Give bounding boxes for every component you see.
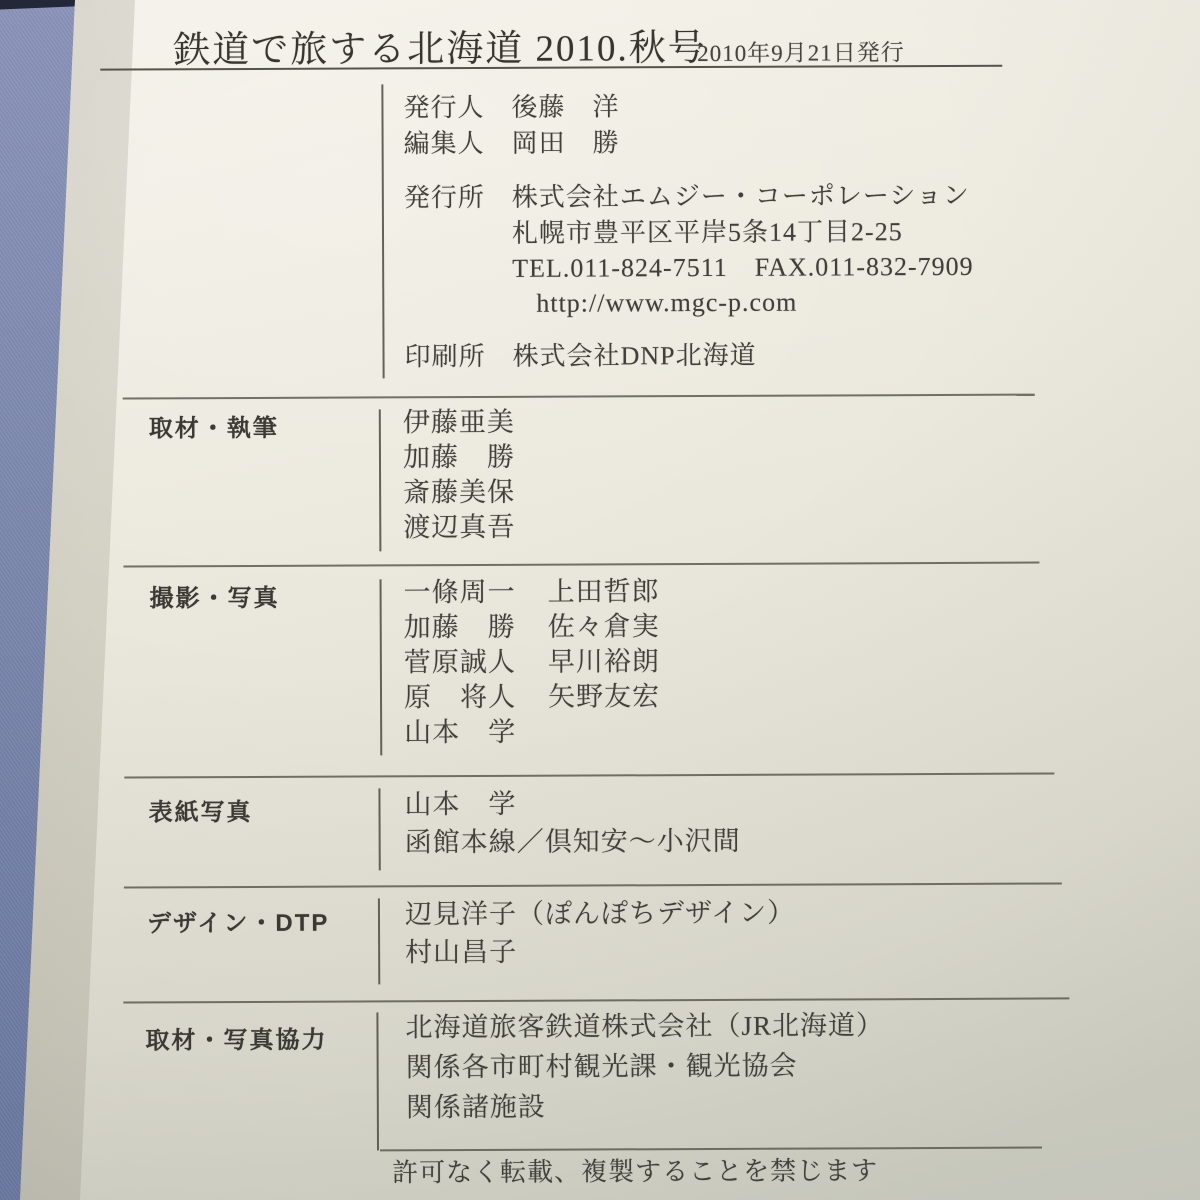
publisher-row: 発行人後藤 洋 — [403, 92, 619, 123]
company-telfax: TEL.011-824-7511 FAX.011-832-7909 — [512, 252, 974, 284]
credit-name: 早川裕朗 — [548, 646, 660, 676]
credit-name: 伊藤亜美 — [403, 407, 515, 439]
cooperation-org: 関係各市町村観光課・観光協会 — [406, 1051, 798, 1084]
role-label: 編集人 — [404, 129, 512, 159]
photo-of-colophon-page: 鉄道で旅する北海道 2010.秋号 2010年9月21日発行 発行人後藤 洋 編… — [0, 0, 1200, 1200]
copyright-notice: 許可なく転載、複製することを禁じます — [392, 1156, 878, 1188]
person-name: 岡田 勝 — [512, 128, 620, 157]
section-rule — [123, 394, 1035, 400]
cover-photo-location: 函館本線／倶知安～小沢間 — [405, 826, 741, 859]
company-url: http://www.mgc-p.com — [536, 288, 797, 319]
section-divider — [380, 579, 383, 755]
credit-name: 上田哲郎 — [548, 576, 660, 606]
credit-name: 加藤 勝 — [404, 612, 548, 644]
credit-name: 斎藤美保 — [403, 477, 515, 509]
section-rule — [124, 772, 1054, 778]
paper-page: 鉄道で旅する北海道 2010.秋号 2010年9月21日発行 発行人後藤 洋 編… — [0, 0, 1200, 1200]
footer-rule — [380, 1147, 1042, 1152]
company-address: 札幌市豊平区平岸5条14丁目2-25 — [512, 217, 903, 249]
company-name: 株式会社DNP北海道 — [512, 341, 756, 371]
credit-name: 渡辺真吾 — [403, 512, 515, 544]
credit-name: 佐々倉実 — [548, 611, 660, 641]
cooperation-org: 関係諸施設 — [406, 1092, 546, 1124]
section-divider — [379, 409, 382, 551]
section-rule — [123, 562, 1039, 568]
role-label: 印刷所 — [404, 342, 512, 372]
company-name: 株式会社エムジー・コーポレーション — [512, 181, 970, 212]
section-label-cooperation: 取材・写真協力 — [145, 1020, 327, 1056]
credit-name: 一條周一 — [404, 577, 548, 609]
credit-name: 山本 学 — [404, 789, 516, 821]
credit-row: 山本 学 — [404, 717, 548, 749]
section-divider — [378, 788, 380, 870]
section-label-photography: 撮影・写真 — [150, 578, 280, 614]
credit-name: 原 将人 — [404, 682, 548, 714]
credit-name: 菅原誠人 — [404, 647, 548, 679]
credit-name: 加藤 勝 — [403, 442, 515, 474]
section-divider — [376, 1012, 379, 1150]
section-rule — [123, 997, 1069, 1003]
credit-row: 菅原誠人早川裕朗 — [404, 646, 660, 678]
section-label-cover-photo: 表紙写真 — [148, 792, 252, 827]
publisher-row: 編集人岡田 勝 — [404, 128, 620, 159]
publisher-divider — [381, 84, 384, 378]
credit-row: 一條周一上田哲郎 — [404, 576, 660, 608]
issue-date: 2010年9月21日発行 — [697, 40, 905, 67]
cooperation-org: 北海道旅客鉄道株式会社（JR北海道） — [405, 1010, 884, 1043]
credit-name: 村山昌子 — [405, 937, 517, 969]
role-label: 発行人 — [403, 93, 511, 123]
colophon-content: 鉄道で旅する北海道 2010.秋号 2010年9月21日発行 発行人後藤 洋 編… — [0, 0, 1200, 1200]
role-label: 発行所 — [404, 183, 512, 213]
section-divider — [378, 898, 380, 984]
credit-name: 矢野友宏 — [548, 681, 660, 711]
person-name: 後藤 洋 — [511, 92, 619, 121]
credit-name: 辺見洋子（ぽんぽちデザイン） — [405, 898, 795, 931]
credit-row: 加藤 勝佐々倉実 — [404, 611, 660, 643]
credit-name: 山本 学 — [404, 717, 548, 749]
credit-row: 原 将人矢野友宏 — [404, 681, 660, 713]
section-label-writing: 取材・執筆 — [149, 408, 279, 444]
printer-row: 印刷所株式会社DNP北海道 — [404, 341, 756, 372]
publisher-office-row: 発行所株式会社エムジー・コーポレーション — [404, 181, 970, 213]
section-rule — [124, 882, 1062, 888]
section-label-design-dtp: デザイン・DTP — [147, 903, 329, 939]
